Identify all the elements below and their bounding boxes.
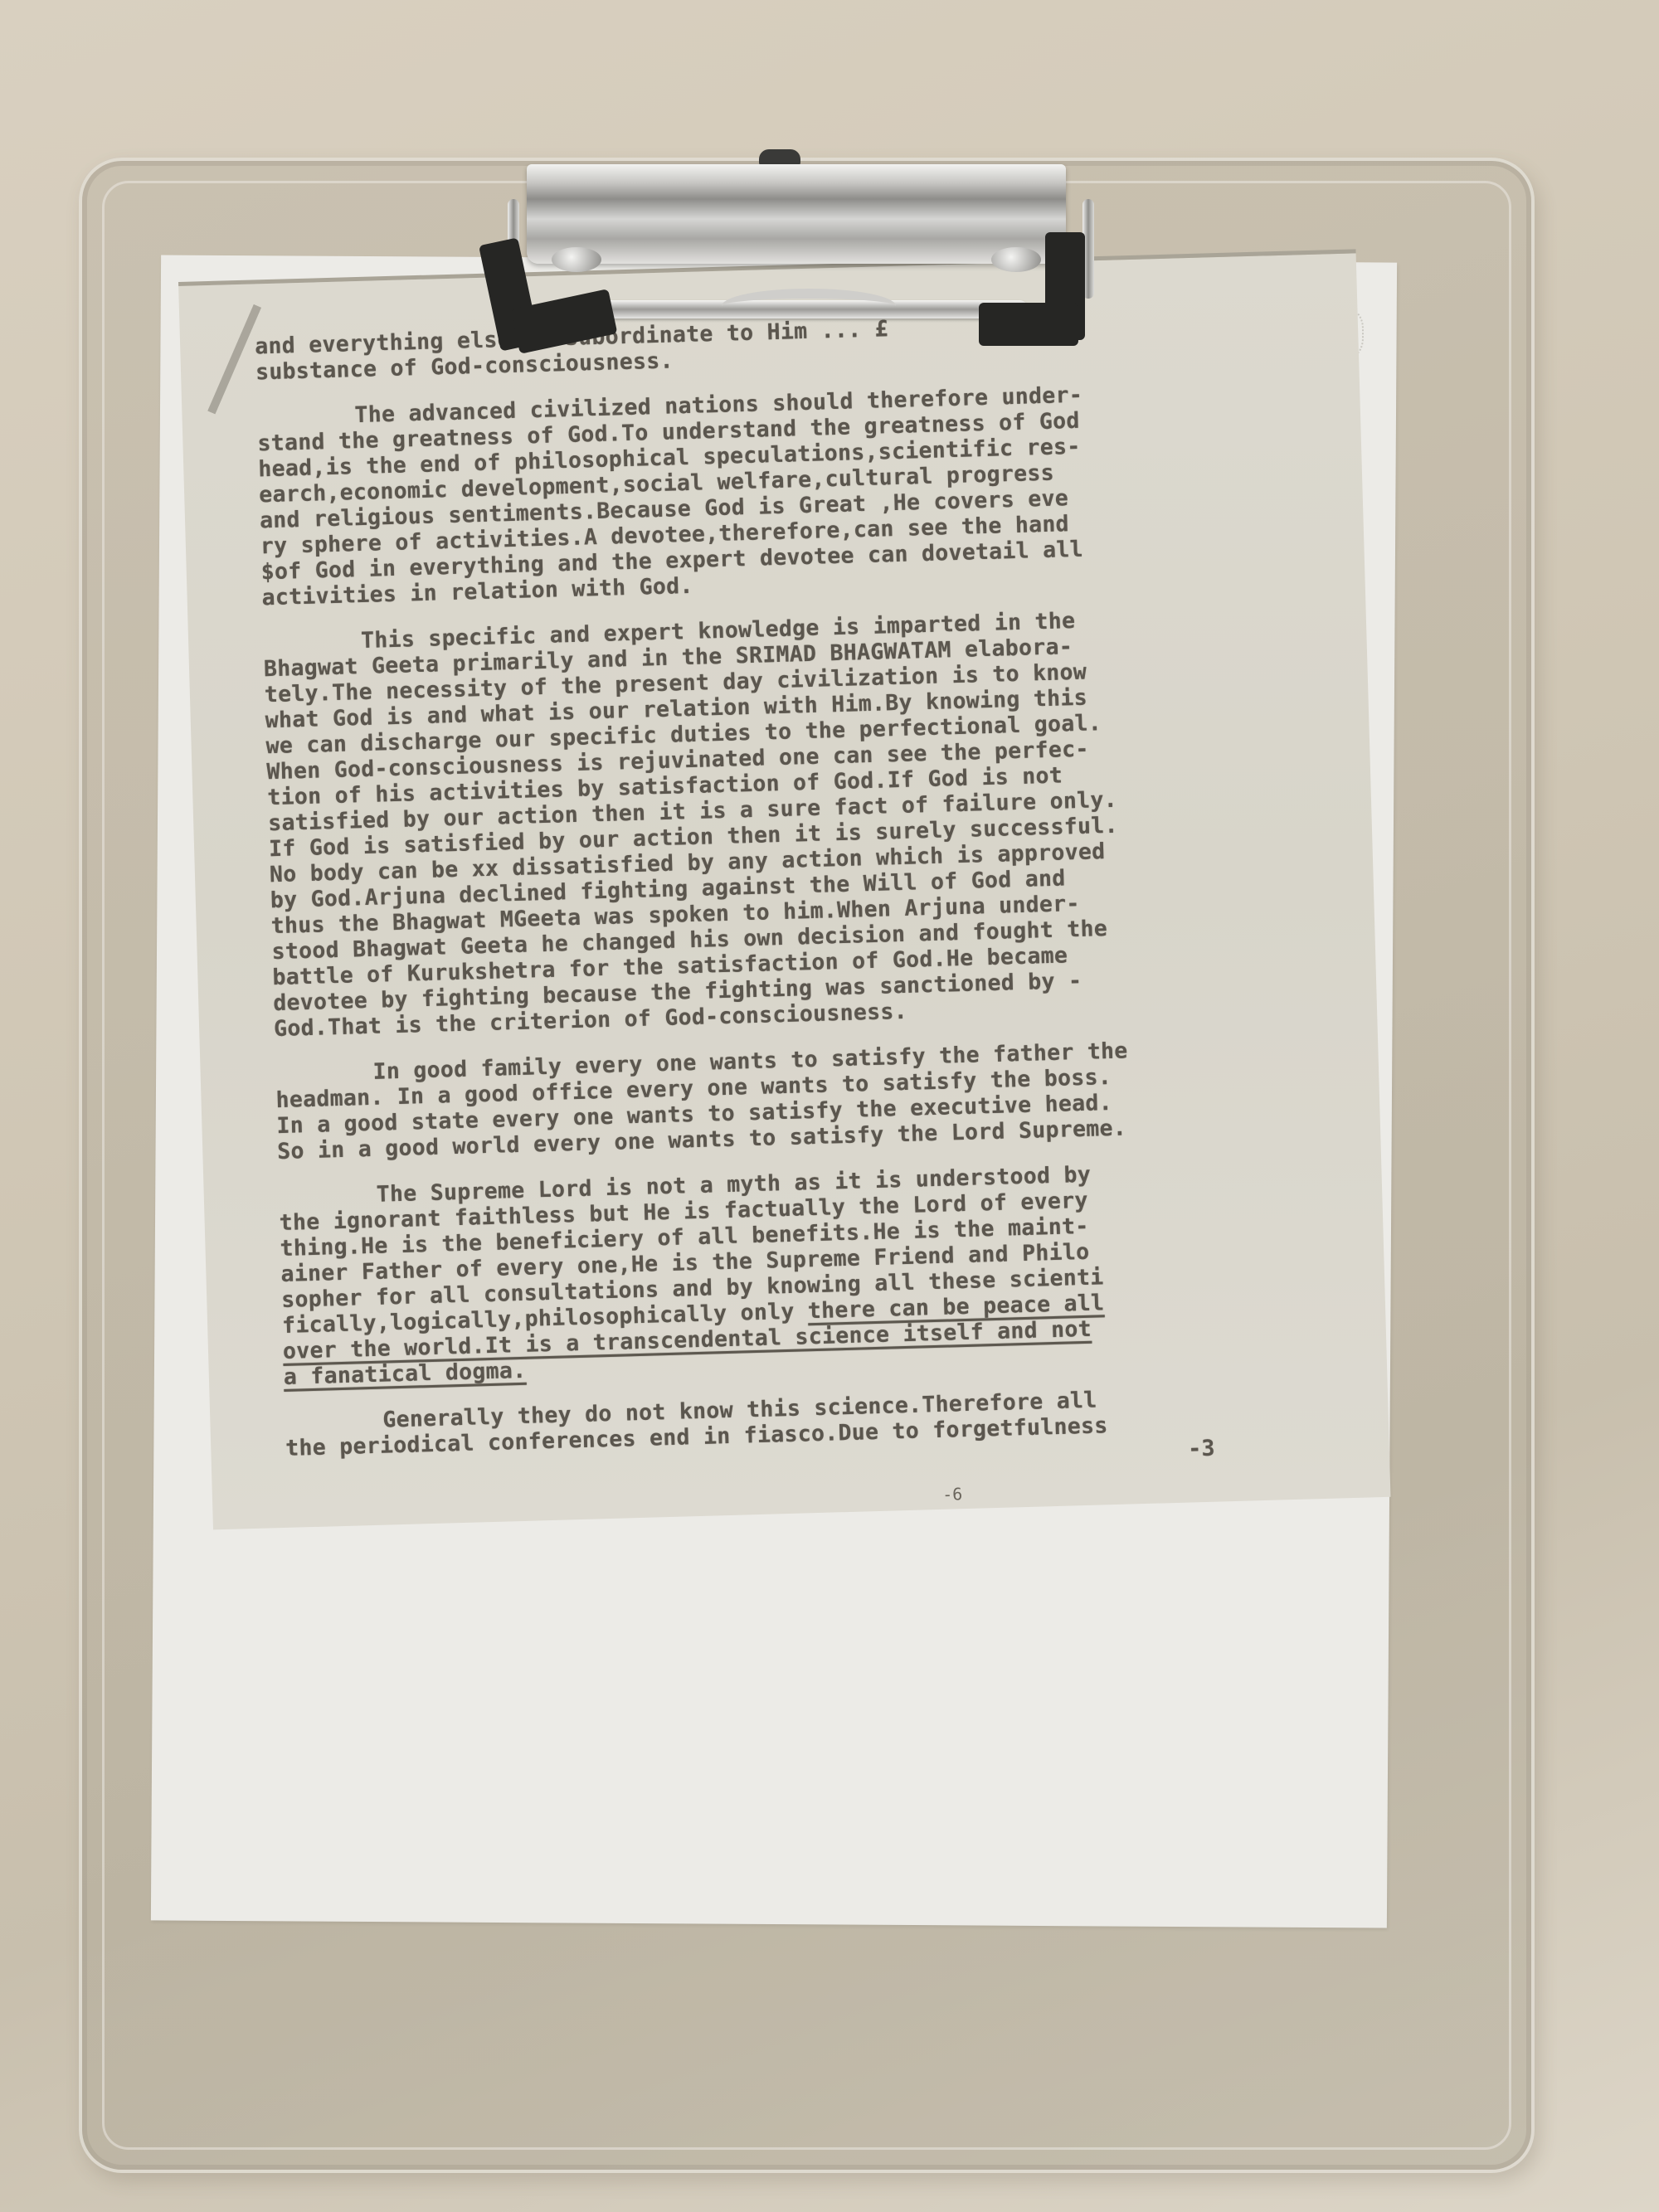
paragraph-generally: Generally they do not know this science.…: [285, 1381, 1315, 1487]
paragraph-expert-knowledge: This specific and expert knowledge is im…: [263, 602, 1302, 1042]
typewritten-page: and everything else is subordinate to Hi…: [178, 249, 1390, 1529]
clip-wire-bump: [722, 289, 896, 323]
bottom-mark: -6: [942, 1484, 963, 1505]
clip-rivet-left: [552, 247, 601, 272]
pen-slash-mark: [207, 304, 261, 414]
clip-rivet-nub: [759, 149, 800, 166]
paragraph-supreme-lord: The Supreme Lord is not a myth as it is …: [278, 1155, 1311, 1390]
document-body: and everything else is subordinate to Hi…: [255, 305, 1316, 1507]
paragraph-good-family: In good family every one wants to satisf…: [275, 1033, 1306, 1164]
clip-grip-right-foot: [979, 303, 1078, 346]
clip-rivet-right: [991, 247, 1041, 272]
clipboard-clip[interactable]: [527, 164, 1066, 264]
paragraph-civilized-nations: The advanced civilized nations should th…: [256, 377, 1290, 611]
